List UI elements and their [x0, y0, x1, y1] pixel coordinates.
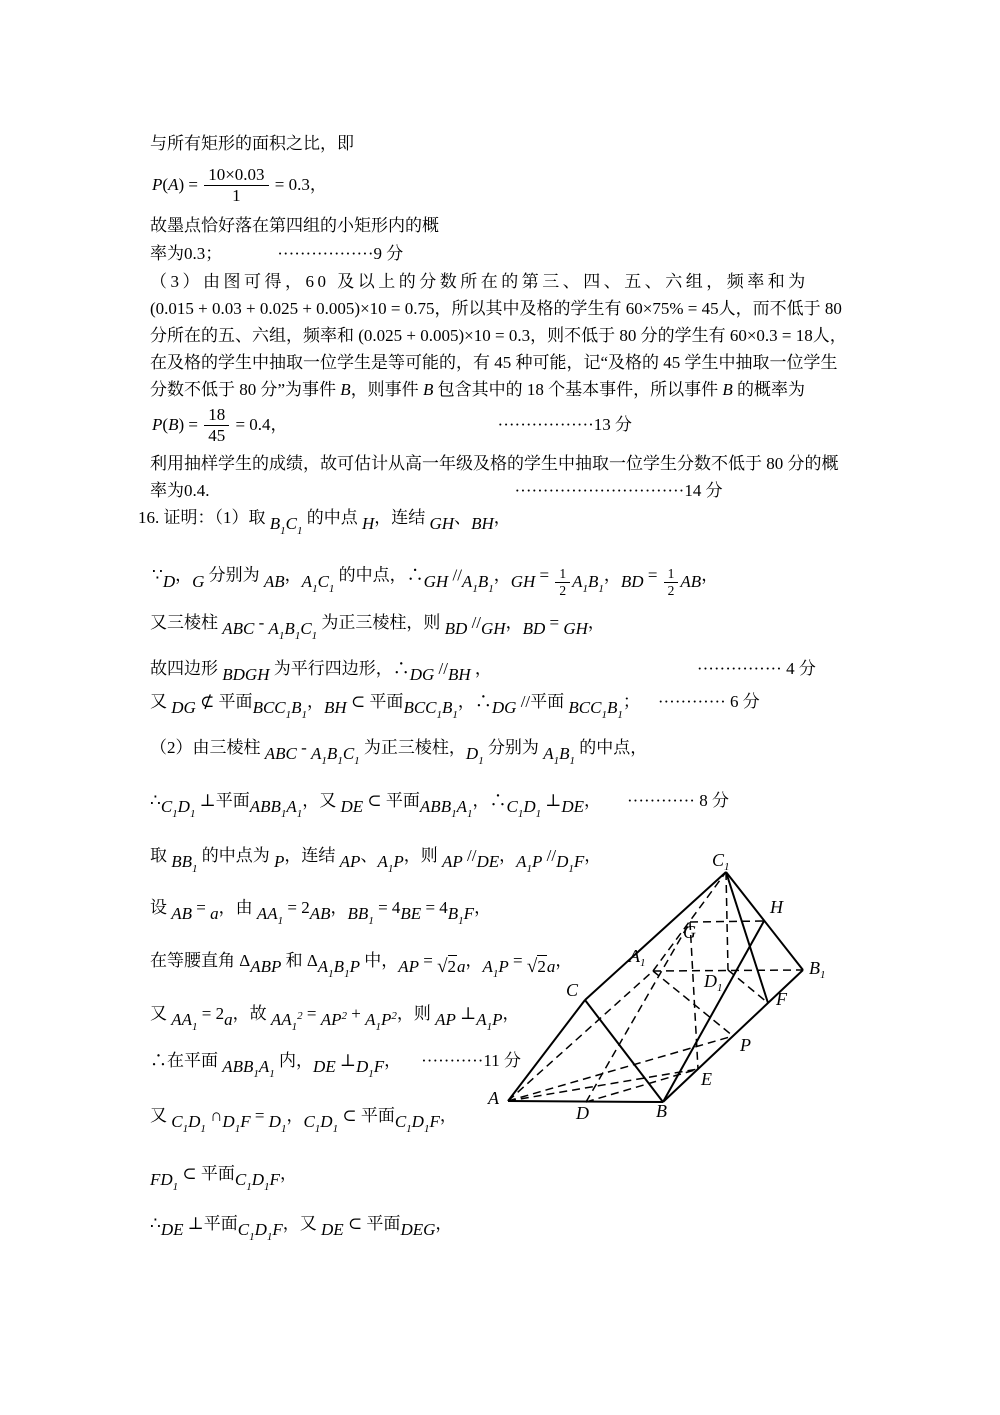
math-run: C: [395, 1111, 406, 1134]
math-run: DE: [161, 1219, 184, 1242]
math-run: C: [300, 618, 311, 641]
text-run: 故四边形: [150, 659, 222, 678]
math-run: C: [506, 796, 517, 819]
doc-line-17: 又 DG ⊄ 平面BCC1B1，BH ⊂ 平面BCC1B1，∴DG //平面 B…: [150, 691, 760, 717]
math-run: C: [343, 743, 354, 766]
edge-A-A1-dashed: [508, 971, 653, 1101]
math-run: BH: [448, 664, 471, 687]
math-run: A: [259, 1056, 269, 1079]
math-subscript: 1: [297, 524, 303, 539]
text-run: 分数不低于 80 分”为事件: [150, 380, 340, 399]
text-run: ············ 8 分: [627, 791, 729, 810]
math-run: P: [350, 956, 360, 979]
text-run: +: [347, 1004, 365, 1023]
text-run: 又: [150, 1004, 171, 1023]
text-run: ，: [435, 1214, 452, 1233]
text-run: 的中点为: [198, 846, 275, 865]
text-run: 、: [360, 846, 377, 865]
vertex-label-G: G: [683, 922, 696, 942]
math-run: A: [377, 851, 387, 874]
doc-line-9: 分数不低于 80 分”为事件 B，则事件 B 包含其中的 18 个基本事件，所以…: [150, 379, 805, 402]
math-run: C: [238, 1219, 249, 1242]
math-run: BD: [523, 618, 546, 641]
edge-G-H-dashed: [690, 921, 764, 922]
math-run: DG: [171, 697, 196, 720]
math-subscript: 1: [368, 914, 374, 929]
math-run: P: [381, 1009, 391, 1032]
text-run: 的中点，: [575, 738, 647, 757]
text-run: ，: [440, 1106, 457, 1125]
text-run: ；: [623, 692, 640, 711]
math-subscript: 1: [278, 914, 284, 929]
text-run: ，: [471, 659, 492, 678]
vertex-label-A1: A1: [628, 946, 646, 969]
math-run: BCC: [253, 697, 286, 720]
math-run: D: [188, 1111, 200, 1134]
math-run: A: [168, 174, 178, 197]
text-run: ) =: [178, 415, 202, 434]
text-run: 分别为: [484, 738, 544, 757]
text-run: 分别为: [204, 566, 264, 585]
math-run: AP: [442, 851, 463, 874]
doc-line-5: （3）由图可得，60 及以上的分数所在的第三、四、五、六组，频率和为: [150, 271, 809, 294]
doc-line-3: 故墨点恰好落在第四组的小矩形内的概: [150, 215, 439, 238]
math-run: BCC: [403, 697, 436, 720]
text-run: 为平行四边形，∴: [269, 659, 409, 678]
math-run: A: [572, 571, 582, 594]
text-run: ∩: [206, 1106, 223, 1125]
math-run: C: [161, 796, 172, 819]
text-run: ，: [588, 613, 605, 632]
math-subscript: 1: [192, 1020, 198, 1035]
text-run: = 4: [421, 898, 448, 917]
math-run: A: [457, 796, 467, 819]
edge-C1-F-solid: [726, 872, 768, 1003]
doc-line-12: 率为0.4.······························14 分: [150, 480, 723, 503]
text-run: 率为0.3；: [150, 244, 222, 263]
text-run: ，∴: [458, 692, 492, 711]
math-run: D: [255, 1219, 267, 1242]
math-run: AB: [171, 903, 192, 926]
doc-line-4: 率为0.3；·················9 分: [150, 243, 403, 266]
text-run: =: [419, 951, 437, 970]
math-run: ABC: [222, 618, 254, 641]
text-run: ) =: [178, 175, 202, 194]
doc-line-19: ∴C1D1 ⊥平面ABB1A1，又 DE ⊂ 平面ABB1A1，∴C1D1 ⊥D…: [150, 790, 729, 816]
vertex-label-D1: D1: [703, 971, 723, 994]
math-run: ABC: [265, 743, 297, 766]
math-run: C: [286, 513, 297, 536]
text-run: -: [297, 738, 311, 757]
doc-line-2: P(A) = 10×0.031 = 0.3，: [152, 165, 327, 207]
text-run: ，: [506, 613, 523, 632]
math-run: D: [466, 743, 478, 766]
text-run: = 4: [374, 898, 401, 917]
text-run: 为正三棱柱，则: [317, 613, 445, 632]
math-run: AP: [398, 956, 419, 979]
math-run: P: [274, 851, 284, 874]
math-run: BB: [348, 903, 369, 926]
text-run: = 0.4，: [231, 415, 287, 434]
math-subscript: 1: [617, 708, 623, 723]
math-run: C: [303, 1111, 314, 1134]
math-run: B: [448, 903, 458, 926]
math-run: GH: [430, 513, 455, 536]
edge-C1-D1-dashed: [726, 872, 728, 970]
text-run: ⊂ 平面: [178, 1164, 235, 1183]
edge-B-H-solid: [663, 921, 764, 1102]
math-subscript: 1: [598, 582, 604, 597]
text-run: ，由: [219, 898, 257, 917]
doc-line-25: 又 C1D1 ∩D1F = D1，C1D1 ⊂ 平面C1D1F，: [150, 1105, 457, 1131]
math-subscript: 1: [478, 754, 484, 769]
text-run: ⊄ 平面: [196, 692, 253, 711]
math-subscript: 1: [467, 807, 473, 822]
math-subscript: 1: [333, 1122, 339, 1137]
math-run: A: [269, 618, 279, 641]
doc-line-23: 又 AA1 = 2a，故 AA12 = AP2 + A1P2，则 AP ⊥A1P…: [150, 1003, 519, 1029]
math-subscript: 1: [452, 708, 458, 723]
vertex-label-P: P: [739, 1035, 751, 1055]
math-run: F: [272, 1219, 282, 1242]
math-run: D: [269, 1111, 281, 1134]
text-run: 的中点: [302, 508, 362, 527]
text-run: ，则事件: [351, 380, 423, 399]
math-run: ABB: [420, 796, 451, 819]
math-run: DE: [321, 1219, 344, 1242]
math-subscript: 1: [329, 582, 335, 597]
math-run: P: [152, 174, 162, 197]
math-run: G: [192, 571, 204, 594]
math-subscript: 1: [190, 807, 196, 822]
math-run: BDGH: [222, 664, 269, 687]
text-run: ，: [331, 898, 348, 917]
math-superscript: 2: [391, 1009, 397, 1024]
math-run: D: [178, 796, 190, 819]
text-run: ······························14 分: [515, 481, 723, 500]
doc-line-13: 16. 证明：（1）取 B1C1 的中点 H，连结 GH、BH，: [138, 507, 511, 533]
math-run: B: [270, 513, 280, 536]
edge-A-B-solid: [508, 1101, 663, 1102]
vertex-label-B: B: [656, 1101, 667, 1121]
text-run: = 0.3，: [271, 175, 327, 194]
math-run: AP: [321, 1009, 342, 1032]
math-run: A: [365, 1009, 375, 1032]
text-run: -: [254, 613, 268, 632]
math-run: B: [423, 379, 433, 402]
text-run: ，: [280, 1164, 297, 1183]
text-run: ，则: [404, 846, 442, 865]
prism-figure: ADBCEPFA1B1D1GHC1: [470, 840, 850, 1135]
text-run: 16. 证明：（1）取: [138, 508, 270, 527]
math-run: C: [171, 1111, 182, 1134]
edge-C1-B1-solid: [726, 872, 803, 970]
doc-line-18: （2）由三棱柱 ABC - A1B1C1 为正三棱柱，D1 分别为 A1B1 的…: [150, 737, 647, 763]
math-run: A: [543, 743, 553, 766]
doc-line-16: 故四边形 BDGH 为平行四边形，∴DG //BH ，·············…: [150, 658, 816, 681]
math-run: D: [523, 796, 535, 819]
math-run: A: [302, 571, 312, 594]
text-run: 又三棱柱: [150, 613, 222, 632]
math-run: B: [284, 618, 294, 641]
math-run: BD: [445, 618, 468, 641]
text-run: 和 Δ: [281, 951, 317, 970]
text-run: 分所在的五、六组，频率和 (0.025 + 0.005)×10 = 0.3，则不…: [150, 326, 847, 345]
math-run: B: [327, 743, 337, 766]
math-run: B: [559, 743, 569, 766]
text-run: ，: [494, 508, 511, 527]
math-run: P: [393, 851, 403, 874]
text-run: ，: [286, 1106, 303, 1125]
text-run: ⊂ 平面: [347, 692, 404, 711]
text-run: ⊥平面: [195, 791, 249, 810]
doc-line-10: P(B) = 1845 = 0.4，·················13 分: [152, 405, 632, 447]
math-subscript: 1: [354, 754, 360, 769]
math-run: AA: [271, 1009, 292, 1032]
math-run: F: [374, 1056, 384, 1079]
text-run: 又: [150, 1106, 171, 1125]
text-run: ⊥平面: [184, 1214, 238, 1233]
math-run: BD: [621, 571, 644, 594]
math-run: BH: [324, 697, 347, 720]
text-run: ⊥: [336, 1051, 356, 1070]
math-run: D: [412, 1111, 424, 1134]
text-run: =: [192, 898, 210, 917]
math-run: C: [318, 571, 329, 594]
text-run: (0.015 + 0.03 + 0.025 + 0.005)×10 = 0.75…: [150, 299, 842, 318]
math-superscript: 2: [297, 1009, 303, 1024]
text-run: ············ 6 分: [658, 692, 760, 711]
text-run: ∵: [152, 566, 163, 585]
text-run: = 2: [283, 898, 310, 917]
math-run: a: [210, 903, 219, 926]
edge-B-C-solid: [585, 1000, 663, 1102]
text-run: 与所有矩形的面积之比，即: [150, 134, 354, 153]
math-run: B: [588, 571, 598, 594]
math-run: D: [320, 1111, 332, 1134]
math-run: ABP: [250, 956, 281, 979]
math-run: AA: [171, 1009, 192, 1032]
text-run: 的中点，∴: [334, 566, 423, 585]
text-run: （3）由图可得，60 及以上的分数所在的第三、四、五、六组，频率和为: [150, 272, 809, 291]
vertex-label-H: H: [769, 897, 784, 917]
text-run: ，: [604, 566, 621, 585]
math-run: BE: [400, 903, 421, 926]
math-run: B: [442, 697, 452, 720]
math-run: B: [334, 956, 344, 979]
doc-line-14: ∵D，G 分别为 AB，A1C1 的中点，∴GH //A1B1，GH = 12A…: [152, 560, 718, 593]
fraction: 10×0.031: [204, 165, 268, 207]
math-run: B: [168, 414, 178, 437]
math-run: BCC: [568, 697, 601, 720]
text-run: 在及格的学生中抽取一位学生是等可能的，有 45 种可能，记“及格的 45 学生中…: [150, 353, 838, 372]
text-run: = 2: [198, 1004, 225, 1023]
doc-line-8: 在及格的学生中抽取一位学生是等可能的，有 45 种可能，记“及格的 45 学生中…: [150, 352, 838, 375]
doc-line-11: 利用抽样学生的成绩，故可估计从高一年级及格的学生中抽取一位学生分数不低于 80 …: [150, 453, 839, 476]
math-run: DE: [561, 796, 584, 819]
text-run: 内，: [275, 1051, 313, 1070]
vertex-label-E: E: [700, 1069, 712, 1089]
text-run: ，: [285, 566, 302, 585]
text-run: //平面: [516, 692, 568, 711]
text-run: ··············· 4 分: [697, 659, 816, 678]
text-run: ，: [384, 1051, 401, 1070]
text-run: 的概率为: [733, 380, 805, 399]
math-subscript: 1: [192, 862, 198, 877]
math-subscript: 1: [173, 1180, 179, 1195]
math-run: BH: [471, 513, 494, 536]
text-run: ，∴: [472, 791, 506, 810]
fraction: 1845: [204, 405, 229, 447]
text-run: 在等腰直角 Δ: [150, 951, 250, 970]
math-run: B: [607, 697, 617, 720]
math-subscript: 1: [312, 629, 318, 644]
math-run: GH: [511, 571, 536, 594]
text-run: =: [303, 1004, 321, 1023]
text-run: ，连结: [284, 846, 339, 865]
math-run: a: [457, 956, 466, 979]
math-run: B: [340, 379, 350, 402]
text-run: ，: [701, 566, 718, 585]
page: 与所有矩形的面积之比，即P(A) = 10×0.031 = 0.3，故墨点恰好落…: [0, 0, 1000, 1415]
text-run: ，: [175, 566, 192, 585]
math-run: F: [429, 1111, 439, 1134]
math-subscript: 1: [488, 582, 494, 597]
text-run: 取: [150, 846, 171, 865]
text-run: =: [644, 566, 662, 585]
math-run: AP: [340, 851, 361, 874]
text-run: 为正三棱柱，: [360, 738, 466, 757]
edge-C-A-solid: [508, 1000, 585, 1101]
math-run: ABB: [222, 1056, 253, 1079]
math-subscript: 1: [269, 1067, 275, 1082]
math-run: A: [286, 796, 296, 819]
math-run: C: [235, 1169, 246, 1192]
text-run: 、: [454, 508, 471, 527]
text-run: ⊂ 平面: [338, 1106, 395, 1125]
text-run: 故墨点恰好落在第四组的小矩形内的概: [150, 216, 439, 235]
fraction: 12: [555, 566, 570, 599]
math-subscript: 1: [302, 708, 308, 723]
text-run: ·················9 分: [277, 244, 403, 263]
sqrt-expression: √2: [437, 954, 457, 980]
text-run: ，又: [302, 791, 340, 810]
math-run: AB: [310, 903, 331, 926]
text-run: （2）由三棱柱: [150, 738, 265, 757]
math-run: D: [252, 1169, 264, 1192]
math-run: P: [152, 414, 162, 437]
text-run: //: [434, 659, 448, 678]
math-run: D: [163, 571, 175, 594]
math-run: F: [240, 1111, 250, 1134]
math-run: a: [224, 1009, 233, 1032]
doc-line-21: 设 AB = a，由 AA1 = 2AB，BB1 = 4BE = 4B1F，: [150, 897, 491, 923]
text-run: ∴: [150, 1214, 161, 1233]
doc-line-6: (0.015 + 0.03 + 0.025 + 0.005)×10 = 0.75…: [150, 298, 842, 321]
text-run: //: [448, 566, 462, 585]
text-run: =: [251, 1106, 269, 1125]
text-run: 又: [150, 692, 171, 711]
text-run: 中，: [360, 951, 398, 970]
doc-line-27: ∴DE ⊥平面C1D1F，又 DE ⊂ 平面DEG，: [150, 1213, 452, 1239]
fraction: 12: [664, 566, 679, 599]
math-run: GH: [424, 571, 449, 594]
text-run: =: [535, 566, 553, 585]
math-run: AA: [257, 903, 278, 926]
doc-line-1: 与所有矩形的面积之比，即: [150, 133, 354, 156]
text-run: ，: [307, 692, 324, 711]
text-run: ，又: [283, 1214, 321, 1233]
vertex-label-A: A: [487, 1088, 500, 1108]
text-run: 率为0.4.: [150, 481, 210, 500]
math-subscript: 1: [536, 807, 542, 822]
math-subscript: 1: [569, 754, 575, 769]
math-run: ABB: [250, 796, 281, 819]
vertex-label-F: F: [775, 989, 788, 1009]
math-run: B: [291, 697, 301, 720]
math-run: D: [356, 1056, 368, 1079]
vertex-label-C1: C1: [712, 850, 730, 873]
text-run: ，: [494, 566, 511, 585]
vertex-label-C: C: [566, 980, 579, 1000]
math-run: AB: [680, 571, 701, 594]
text-run: 包含其中的 18 个基本事件，所以事件: [433, 380, 722, 399]
text-run: ，: [584, 791, 601, 810]
text-run: ，则: [397, 1004, 435, 1023]
doc-line-26: FD1 ⊂ 平面C1D1F，: [150, 1163, 297, 1189]
math-run: DG: [410, 664, 435, 687]
doc-line-7: 分所在的五、六组，频率和 (0.025 + 0.005)×10 = 0.3，则不…: [150, 325, 847, 348]
text-run: ∴: [150, 791, 161, 810]
math-subscript: 1: [200, 1122, 206, 1137]
text-run: ⊂ 平面: [344, 1214, 401, 1233]
text-run: =: [545, 613, 563, 632]
vertex-label-D: D: [575, 1103, 589, 1123]
math-run: DE: [341, 796, 364, 819]
text-run: ⊂ 平面: [363, 791, 420, 810]
math-run: A: [311, 743, 321, 766]
math-run: FD: [150, 1169, 173, 1192]
math-superscript: 2: [342, 1009, 348, 1024]
text-run: ，连结: [374, 508, 429, 527]
text-run: ，故: [233, 1004, 271, 1023]
math-run: D: [222, 1111, 234, 1134]
doc-line-15: 又三棱柱 ABC - A1B1C1 为正三棱柱，则 BD //GH，BD = G…: [150, 612, 605, 638]
math-run: B: [722, 379, 732, 402]
math-run: GH: [481, 618, 506, 641]
math-run: DEG: [400, 1219, 435, 1242]
math-subscript: 1: [297, 807, 303, 822]
text-run: 利用抽样学生的成绩，故可估计从高一年级及格的学生中抽取一位学生分数不低于 80 …: [150, 454, 839, 473]
math-subscript: 1: [281, 1122, 287, 1137]
doc-line-24: ∴在平面 ABB1A1 内，DE ⊥D1F，···········11 分: [150, 1050, 521, 1076]
math-run: F: [270, 1169, 280, 1192]
text-run: //: [467, 613, 481, 632]
math-run: AP: [435, 1009, 456, 1032]
math-run: DE: [313, 1056, 336, 1079]
math-run: H: [362, 513, 374, 536]
math-run: DG: [492, 697, 517, 720]
math-run: AB: [264, 571, 285, 594]
vertex-label-B1: B1: [809, 958, 826, 981]
text-run: ⊥: [541, 791, 561, 810]
math-run: A: [318, 956, 328, 979]
math-run: B: [478, 571, 488, 594]
math-run: GH: [563, 618, 588, 641]
text-run: ∴在平面: [150, 1051, 222, 1070]
text-run: 设: [150, 898, 171, 917]
text-run: ·················13 分: [498, 415, 633, 434]
